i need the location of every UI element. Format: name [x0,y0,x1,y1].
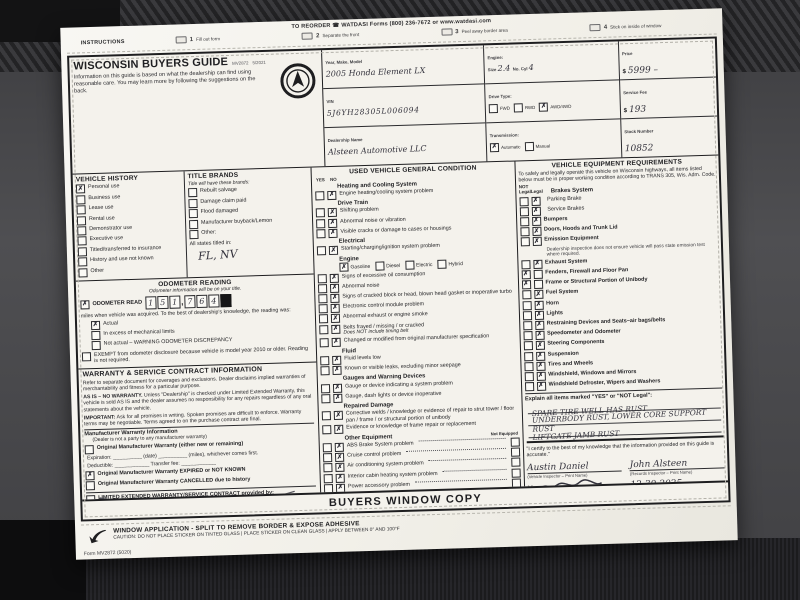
odometer-digit: 1 [145,296,156,309]
yes-checkbox [315,191,324,200]
history-checkbox [78,268,87,277]
not-equipped-checkbox [510,448,519,457]
history-checkbox [76,195,85,204]
yes-header: YES [316,177,325,182]
brand-checkbox [189,220,198,229]
dealer-name-value: Alsteen Automotive LLC [328,142,483,157]
no-checkbox: ✗ [330,294,339,303]
not-legal-checkbox [519,207,528,216]
yes-checkbox [316,229,325,238]
yes-checkbox [316,209,325,218]
no-checkbox: ✗ [334,411,343,420]
intro-text: Information on this guide is based on wh… [74,69,266,96]
yes-checkbox [319,314,328,323]
fuel-option: ✗Gasoline [339,262,370,272]
fuel-checkbox [437,260,446,269]
not-legal-checkbox [520,227,529,236]
not-legal-checkbox: ✗ [521,280,530,289]
not-legal-checkbox [524,372,533,381]
brand-checkbox [189,230,198,239]
inspector-name: Austin Daniel [527,461,589,473]
dealer-field: Dealership Name Alsteen Automotive LLC [324,123,486,166]
legal-checkbox [533,280,542,289]
ymm-value: 2005 Honda Element LX [326,64,481,79]
yes-checkbox [324,474,333,483]
legal-checkbox: ✗ [531,196,540,205]
brand-checkbox [189,209,198,218]
fuel-option: Electric [405,260,433,270]
omw-checkbox [85,445,94,454]
yes-checkbox [318,294,327,303]
no-checkbox: ✗ [328,229,337,238]
service-fee-value: 193 [629,105,646,116]
no-checkbox: ✗ [329,246,338,255]
legal-checkbox: ✗ [534,310,543,319]
brand-checkbox [188,188,197,197]
no-checkbox: ✗ [332,355,341,364]
vin-field: VIN 5J6YH28305L006094 [323,84,485,128]
legal-checkbox: ✗ [532,227,541,236]
drive-type-option: ✗AWD/4WD [539,102,571,112]
fuel-checkbox: ✗ [339,263,348,272]
lew-checkbox [86,495,95,499]
exempt-checkbox [82,352,91,361]
no-checkbox: ✗ [332,366,341,375]
not-legal-checkbox: ✗ [521,270,530,279]
legal-checkbox: ✗ [534,300,543,309]
form-header: WISCONSIN BUYERS GUIDE MV2872 5/2021 Inf… [69,39,718,175]
service-fee-field: Service Fee $193 [620,78,717,120]
equipment-requirements-section: VEHICLE EQUIPMENT REQUIREMENTS To safely… [515,155,728,486]
no-checkbox: ✗ [330,273,339,282]
yes-checkbox [323,453,332,462]
instructions-label: INSTRUCTIONS [81,39,125,46]
instruction-step: 1Fill out form [176,35,221,43]
instruction-step: 2Separate the front [302,31,359,40]
buyers-guide-form: WISCONSIN BUYERS GUIDE MV2872 5/2021 Inf… [67,36,731,521]
step-icon [302,32,313,39]
history-checkbox [77,237,86,246]
fuel-option: Diesel [375,261,400,271]
step-icon [176,36,187,43]
stock-number-value: 10852 [625,143,654,154]
not-legal-checkbox [522,311,531,320]
legal-checkbox: ✗ [535,341,544,350]
odometer-option-checkbox: ✗ [91,321,100,330]
transmission-checkbox: ✗ [490,143,499,152]
history-checkbox [78,247,87,256]
yes-checkbox [316,219,325,228]
group-title: Other Equipment [344,434,392,441]
legal-checkbox: ✗ [536,382,545,391]
legal-checkbox: ✗ [535,321,544,330]
yes-checkbox [323,443,332,452]
records-inspector-name: John Alsteen [630,458,688,470]
drive-type-option: FWD [489,104,510,114]
legal-checkbox: ✗ [536,372,545,381]
not-legal-checkbox [520,217,529,226]
no-checkbox: ✗ [333,393,342,402]
step-icon [590,24,601,31]
legal-checkbox: ✗ [533,260,542,269]
yes-checkbox [319,325,328,334]
drive-type-checkbox [489,104,498,113]
warranty-section: WARRANTY & SERVICE CONTRACT INFORMATION … [78,363,322,500]
transmission-option: ✗Automatic [490,142,521,152]
no-checkbox: ✗ [335,453,344,462]
step-icon [441,28,452,35]
general-condition-section: USED VEHICLE GENERAL CONDITION YESNO Hea… [312,162,525,493]
legal-checkbox: ✗ [536,361,545,370]
history-checkbox [78,257,87,266]
legal-checkbox: ✗ [536,351,545,360]
yes-checkbox [319,304,328,313]
engine-field: Engine: Size 2.4 No. Cyl 4 [484,41,619,84]
not-legal-checkbox [523,331,532,340]
drive-type-checkbox [514,103,523,112]
fuel-checkbox [375,262,384,271]
not-legal-checkbox [522,290,531,299]
no-checkbox: ✗ [330,284,339,293]
odometer-digit: 1 [169,295,180,308]
transmission-checkbox [524,142,533,151]
history-checkbox [77,216,86,225]
instruction-step: 3Peel away border area [441,27,508,36]
legal-checkbox: ✗ [535,331,544,340]
yes-checkbox [317,247,326,256]
legal-checkbox [533,270,542,279]
no-checkbox: ✗ [335,463,344,472]
yes-checkbox [320,338,329,347]
buyers-guide-paper: TO REORDER ☎ WATDASI Forms (800) 236-767… [60,8,737,559]
vin-value: 5J6YH28305L006094 [327,103,482,118]
no-header: NO [329,177,338,182]
expired-checkbox: ✗ [85,471,94,480]
no-checkbox: ✗ [328,208,337,217]
fuel-option: Hybrid [437,260,463,270]
not-legal-checkbox [520,238,529,247]
no-checkbox: ✗ [333,383,342,392]
not-legal-checkbox [523,341,532,350]
yes-checkbox [323,464,332,473]
not-equipped-checkbox [511,458,520,467]
price-value: 5999 – [628,65,659,76]
odometer-read-checkbox: ✗ [80,300,89,309]
form-code: MV2872 [232,60,249,65]
history-item: Other [78,265,183,277]
no-checkbox: ✗ [334,425,343,434]
history-checkbox: ✗ [76,185,85,194]
stock-number-field: Stock Number 10852 [621,116,718,157]
odometer-digit: 4 [208,294,219,307]
drive-type-field: Drive Type: FWD RWD ✗AWD/4WD [485,80,620,123]
no-checkbox: ✗ [327,191,336,200]
fuel-checkbox [405,261,414,270]
vehicle-fields: Year, Make, Model 2005 Honda Element LX … [321,39,718,167]
yes-checkbox [321,384,330,393]
legal-checkbox: ✗ [532,237,541,246]
price-field: Price $5999 – [619,39,716,81]
engine-size-value: 2.4 [497,64,510,73]
odometer-option-checkbox [91,331,100,340]
legal-checkbox: ✗ [531,207,540,216]
form-revision: 5/2021 [252,60,266,65]
not-legal-checkbox [522,301,531,310]
yes-checkbox [322,412,331,421]
legal-checkbox: ✗ [532,217,541,226]
transmission-field: Transmission: ✗Automatic Manual [486,119,621,161]
odometer-digit: 5 [157,296,168,309]
yes-checkbox [320,366,329,375]
not-equipped-checkbox [510,438,519,447]
brakes-header: Brakes System [551,188,593,195]
drive-type-checkbox: ✗ [539,102,548,111]
odometer-tenths-box [220,294,231,307]
cancelled-checkbox [86,481,95,490]
history-checkbox [77,226,86,235]
not-legal-checkbox [523,321,532,330]
no-checkbox: ✗ [332,338,341,347]
peel-arrow-icon [89,528,107,545]
legal-checkbox: ✗ [534,290,543,299]
no-checkbox: ✗ [328,218,337,227]
not-equipped-checkbox [511,468,520,477]
yes-checkbox [318,284,327,293]
not-legal-checkbox [519,197,528,206]
odometer-digits: 151,764 [145,294,232,310]
odometer-digit: 6 [196,295,207,308]
not-equipped-header: Not Equipped [491,430,518,436]
yes-checkbox [321,394,330,403]
dark-corner-shadow-bottom [0,520,86,600]
not-legal-checkbox [524,382,533,391]
instruction-step: 4Stick on inside of window [590,22,662,31]
brand-checkbox [188,199,197,208]
no-checkbox: ✗ [331,304,340,313]
not-legal-checkbox [524,352,533,361]
yes-checkbox [322,425,331,434]
engine-cyl-value: 4 [529,63,534,72]
no-checkbox: ✗ [336,473,345,482]
title-brands-section: TITLE BRANDS Title will have these brand… [184,168,313,278]
odometer-digit: 7 [184,295,195,308]
history-checkbox [77,205,86,214]
ymm-field: Year, Make, Model 2005 Honda Element LX [322,45,484,89]
no-checkbox: ✗ [331,324,340,333]
transmission-option: Manual [524,141,550,151]
vehicle-history-section: VEHICLE HISTORY ✗Personal use Business u… [73,171,188,280]
no-checkbox: ✗ [335,443,344,452]
yes-checkbox [318,274,327,283]
not-legal-checkbox [524,362,533,371]
odometer-section: ODOMETER READING Odometer information wi… [76,274,317,369]
not-legal-checkbox [521,260,530,269]
phone-icon: ☎ [332,23,339,29]
yes-checkbox [320,356,329,365]
wisdot-logo [279,62,316,99]
odometer-option-checkbox [92,341,101,350]
no-checkbox: ✗ [331,314,340,323]
drive-type-option: RWD [514,103,536,113]
